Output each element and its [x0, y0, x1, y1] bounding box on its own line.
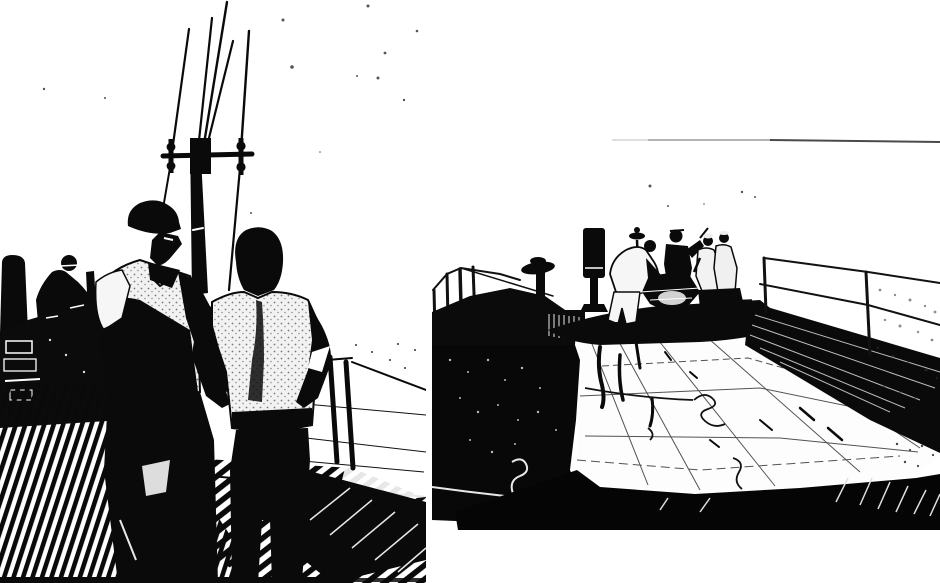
deck-marks: [355, 343, 416, 369]
horizon-line: [612, 140, 940, 142]
scan-noise-specks-right: [649, 185, 757, 208]
sailor-left-cap: [128, 200, 181, 233]
scan-noise-specks: [43, 5, 419, 215]
cylindrical-ventilator: [580, 228, 608, 312]
photo-right-canvas: [432, 0, 940, 532]
photo-left-bottom-edge: [0, 577, 350, 583]
deck-equipment: [640, 273, 700, 308]
scanned-page: [0, 0, 940, 583]
sailor-left-face: [150, 232, 182, 266]
deck-railing: [327, 357, 426, 468]
photo-left-sailors-antenna: [0, 0, 426, 583]
deck-dark-wedge: [432, 288, 585, 348]
photo-right-deck-crew: [432, 0, 940, 532]
photo-left-canvas: [0, 0, 426, 583]
sailor-right-head: [235, 227, 283, 296]
